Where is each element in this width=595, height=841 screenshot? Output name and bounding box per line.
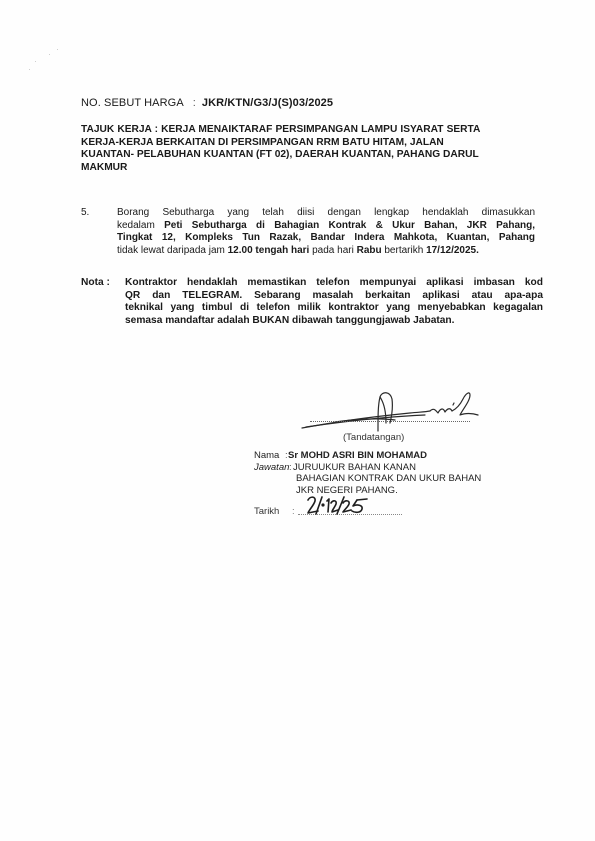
note-line: QR dan TELEGRAM. Sebarang masalah berkai… <box>125 290 543 303</box>
handwritten-signature <box>300 385 500 435</box>
work-title-line: KERJA-KERJA BERKAITAN DI PERSIMPANGAN RR… <box>81 137 533 150</box>
clause-line: tidak lewat daripada jam 12.00 tengah ha… <box>117 245 535 258</box>
name-label: Nama <box>254 450 279 462</box>
note-label: Nota : <box>81 277 110 288</box>
date-label: Tarikh <box>254 506 279 517</box>
scan-speck <box>49 54 50 55</box>
deadline-date: 17/12/2025. <box>426 245 479 256</box>
clause-text: pada hari <box>309 245 356 256</box>
work-title-line: MAKMUR <box>81 162 533 175</box>
note-body: Kontraktor hendaklah memastikan telefon … <box>125 277 543 327</box>
clause-text: bertarikh <box>382 245 426 256</box>
clause-text: kedalam <box>117 220 164 231</box>
document-page: NO. SEBUT HARGA:JKR/KTN/G3/J(S)03/2025 T… <box>0 0 595 841</box>
reference-number: JKR/KTN/G3/J(S)03/2025 <box>202 97 333 109</box>
position-separator: : <box>289 462 292 474</box>
scan-speck <box>57 49 58 50</box>
date-separator: : <box>292 506 295 517</box>
clause-body: Borang Sebutharga yang telah diisi denga… <box>117 207 535 257</box>
note-line: Kontraktor hendaklah memastikan telefon … <box>125 277 543 290</box>
handwritten-date: 2/12/25 <box>305 494 375 516</box>
clause-number: 5. <box>81 207 89 218</box>
quotation-reference: NO. SEBUT HARGA:JKR/KTN/G3/J(S)03/2025 <box>81 97 333 109</box>
note-line: semasa mandaftar adalah BUKAN dibawah ta… <box>125 315 543 328</box>
scan-speck <box>29 69 30 70</box>
reference-label: NO. SEBUT HARGA <box>81 97 184 109</box>
signature-caption: (Tandatangan) <box>343 432 404 443</box>
date-row: Tarikh : <box>254 506 295 517</box>
tender-box-location: Peti Sebutharga di Bahagian Kontrak & Uk… <box>164 220 535 231</box>
deadline-time: 12.00 tengah hari <box>228 245 310 256</box>
clause-line: kedalam Peti Sebutharga di Bahagian Kont… <box>117 220 535 233</box>
position-label: Jawatan <box>254 462 289 474</box>
clause-line: Tingkat 12, Kompleks Tun Razak, Bandar I… <box>117 232 535 245</box>
deadline-day: Rabu <box>357 245 382 256</box>
scan-speck <box>35 61 36 62</box>
signatory-name: Sr MOHD ASRI BIN MOHAMAD <box>288 450 427 462</box>
reference-separator: : <box>193 97 196 109</box>
signatory-position: JURUUKUR BAHAN KANAN <box>293 462 416 474</box>
work-title-line: KUANTAN- PELABUHAN KUANTAN (FT 02), DAER… <box>81 149 533 162</box>
signature-line <box>310 421 470 422</box>
work-title-line: TAJUK KERJA : KERJA MENAIKTARAF PERSIMPA… <box>81 124 533 137</box>
clause-line: Borang Sebutharga yang telah diisi denga… <box>117 207 535 220</box>
work-title: TAJUK KERJA : KERJA MENAIKTARAF PERSIMPA… <box>81 124 533 174</box>
clause-text: tidak lewat daripada jam <box>117 245 228 256</box>
signatory-division: BAHAGIAN KONTRAK DAN UKUR BAHAN <box>296 473 481 485</box>
note-line: teknikal yang timbul di telefon milik ko… <box>125 302 543 315</box>
